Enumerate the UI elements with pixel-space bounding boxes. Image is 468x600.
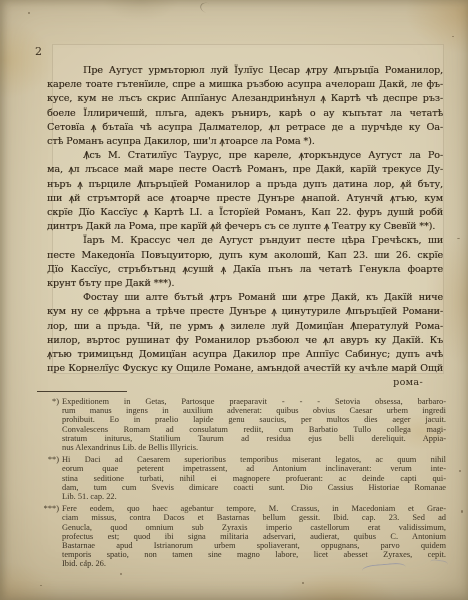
footnote-last-line: nus Alexandrinus Lib. de Bellis Illyrici… bbox=[62, 443, 446, 452]
paper-speck bbox=[457, 238, 460, 239]
paragraph: Ꙟсъ М. Статилїус Таурус, пре кареле, ꙟто… bbox=[47, 149, 443, 234]
paragraph-body: Пре Аугуст урмъторюл луй Їулїус Цесар ꙟт… bbox=[47, 64, 443, 135]
footnote-item: ***) Fere eodem, quo haec agebantur temp… bbox=[62, 504, 446, 568]
footnote-marker: *) bbox=[36, 397, 59, 406]
paper-speck bbox=[452, 36, 454, 37]
footnote-body: Expeditionem in Getas, Partosque praepar… bbox=[62, 397, 446, 443]
footnote-item: *) Expeditionem in Getas, Partosque prae… bbox=[62, 397, 446, 452]
paper-speck bbox=[120, 573, 122, 575]
footnote-separator bbox=[37, 391, 127, 392]
paper-speck bbox=[461, 510, 463, 513]
scanned-book-page: { "page": { "number": "2", "catchword": … bbox=[0, 0, 468, 600]
paragraph-body: Їаръ М. Крассус чел де Аугуст ръндуит пе… bbox=[47, 234, 443, 277]
catchword: рома- bbox=[47, 377, 443, 388]
footnote-item: **) Hi Daci ad Caesarem superioribus tem… bbox=[62, 455, 446, 501]
paragraph: Пре Аугуст урмъторюл луй Їулїус Цесар ꙟт… bbox=[47, 64, 443, 149]
paragraph: Їаръ М. Крассус чел де Аугуст ръндуит пе… bbox=[47, 234, 443, 291]
footnote-marker: ***) bbox=[36, 504, 59, 513]
footnote-last-line: Lib. 51. cap. 22. bbox=[62, 492, 446, 501]
main-text: Пре Аугуст урмъторюл луй Їулїус Цесар ꙟт… bbox=[47, 64, 443, 376]
paragraph-last-line: динтръ Дакй ла Рома, пре карїй ꙟй фечеръ… bbox=[47, 220, 443, 234]
paragraph: Фостау ши алте бътъй ꙟтръ Романй ши ꙟтре… bbox=[47, 291, 443, 376]
paragraph-last-line: стѣ Романъ асупра Дакилор, ши'л ꙟтоарсе … bbox=[47, 135, 443, 149]
paper-speck bbox=[40, 585, 42, 586]
paper-speck bbox=[459, 470, 461, 472]
paper-speck bbox=[302, 582, 304, 584]
footnote-body: Fere eodem, quo haec agebantur tempore, … bbox=[62, 504, 446, 559]
paragraph-body: Ꙟсъ М. Статилїус Таурус, пре кареле, ꙟто… bbox=[47, 149, 443, 220]
paper-speck bbox=[28, 12, 30, 14]
paragraph-body: Фостау ши алте бътъй ꙟтръ Романй ши ꙟтре… bbox=[47, 291, 443, 376]
footnote-marker: **) bbox=[36, 455, 59, 464]
footnotes-section: *) Expeditionem in Getas, Partosque prae… bbox=[62, 397, 446, 572]
page-number: 2 bbox=[35, 45, 42, 58]
footnote-body: Hi Daci ad Caesarem superioribus tempori… bbox=[62, 455, 446, 492]
pencil-squiggle bbox=[199, 1, 216, 15]
footnote-last-line: Ibid. cap. 26. bbox=[62, 559, 446, 568]
paragraph-last-line: крунт бъту пре Дакй ***). bbox=[47, 277, 443, 291]
